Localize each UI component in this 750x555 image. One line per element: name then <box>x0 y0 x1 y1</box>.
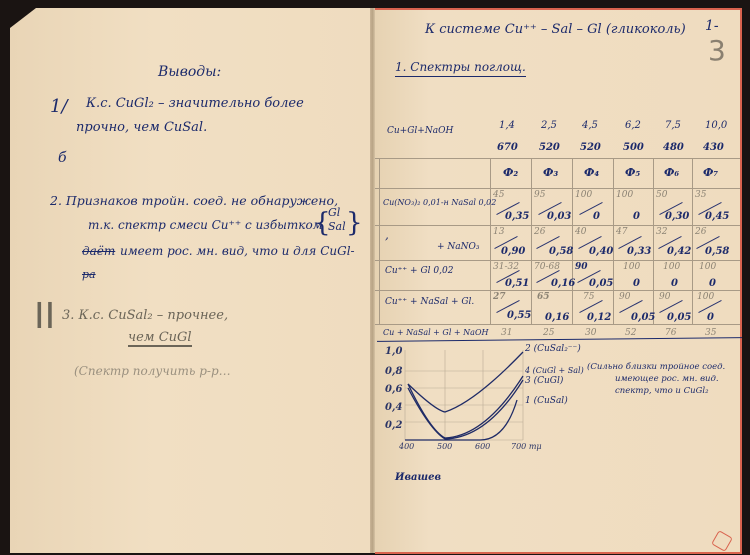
column-header: Ф₅ <box>625 166 640 179</box>
cell-transmission: 100 <box>616 190 633 200</box>
x-tick: 500 <box>437 442 452 451</box>
cell-density: 0 <box>707 312 714 323</box>
item2-line4: ра <box>82 268 96 281</box>
cell-density: 0,51 <box>505 278 529 289</box>
table-rule <box>613 158 614 324</box>
table-rule <box>375 225 740 226</box>
conclusions-heading: Выводы: <box>158 64 221 80</box>
table-rule <box>653 158 654 324</box>
cell-transmission: 47 <box>616 227 627 237</box>
wavelength: 480 <box>663 142 684 153</box>
wavelength: 670 <box>497 142 518 153</box>
cell-density: 0,16 <box>545 312 569 323</box>
table-rule <box>572 158 573 324</box>
page-title: К системе Cu⁺⁺ – Sal – Gl (гликоколь) <box>425 22 686 37</box>
cell-transmission: 31-32 <box>493 262 519 272</box>
table-rule <box>490 158 491 324</box>
cell-transmission: 100 <box>697 292 714 302</box>
cell-density: 0,05 <box>667 312 691 323</box>
table-rule <box>375 158 740 159</box>
cell-density: 0,30 <box>665 211 689 222</box>
cell-transmission: 75 <box>583 292 594 302</box>
y-tick: 0,4 <box>385 402 402 413</box>
cell-transmission: 40 <box>575 227 586 237</box>
cell-density: 0,05 <box>631 312 655 323</box>
cell-transmission: 45 <box>493 190 504 200</box>
ph-value: 4,5 <box>582 120 598 131</box>
table-rule <box>375 188 740 189</box>
ph-value: 2,5 <box>541 120 557 131</box>
cell-transmission: 26 <box>695 227 706 237</box>
cell-transmission: 27 <box>493 292 506 302</box>
graph-note-line2: имеющее рос. мн. вид. <box>615 374 719 384</box>
y-tick: 1,0 <box>385 346 402 357</box>
cell-density: 0,40 <box>589 246 613 257</box>
column-header: Ф₂ <box>503 166 518 179</box>
cell-transmission: 90 <box>575 262 588 272</box>
cell-density: 0,35 <box>505 211 529 222</box>
pencil-note: (Спектр получить р-р… <box>74 364 231 378</box>
cell-transmission: 100 <box>699 262 716 272</box>
ph-value: 10,0 <box>705 120 727 131</box>
table-rule <box>375 290 740 291</box>
column-header: Ф₇ <box>703 166 718 179</box>
footer-row-label: Cu + NaSal + Gl + NaOH <box>383 328 488 337</box>
cell-density: 0,12 <box>587 312 611 323</box>
cell-density: 0,55 <box>507 310 531 321</box>
table-rule <box>379 158 380 324</box>
legend-curve-3: 3 (CuGl) <box>525 376 563 386</box>
ph-value: 7,5 <box>665 120 681 131</box>
header-row-label: Cu+Gl+NaOH <box>387 126 453 136</box>
cell-transmission: 100 <box>575 190 592 200</box>
cell-transmission: 90 <box>659 292 670 302</box>
row-label: Cu⁺⁺ + NaSal + Gl. <box>385 297 474 307</box>
footer-value: 30 <box>585 328 596 338</box>
cell-density: 0,42 <box>667 246 691 257</box>
graph-note-line3: спектр, что и CuGl₂ <box>615 386 708 396</box>
signature: Ивашев <box>395 472 441 483</box>
left-notebook-page: Выводы: 1/ К.с. CuGl₂ – значительно боле… <box>10 8 372 553</box>
item3-line2: чем CuGl <box>128 330 192 347</box>
cell-transmission: 100 <box>663 262 680 272</box>
row-label: Cu(NO₃)₂ 0,01-н NaSal 0,02 <box>383 198 496 207</box>
cell-density: 0,45 <box>705 211 729 222</box>
item-b-marker: б <box>58 150 67 166</box>
page-number-pencil: 3 <box>708 34 726 67</box>
wavelength: 430 <box>703 142 724 153</box>
footer-value: 52 <box>625 328 636 338</box>
footer-value: 25 <box>543 328 554 338</box>
item2-line3: имеет рос. мн. вид, что и для CuGl- <box>120 244 355 258</box>
cell-transmission: 90 <box>619 292 630 302</box>
wavelength: 520 <box>580 142 601 153</box>
cell-density: 0,58 <box>549 246 573 257</box>
cell-density: 0 <box>633 278 640 289</box>
cell-density: 0 <box>633 211 640 222</box>
right-notebook-page: К системе Cu⁺⁺ – Sal – Gl (гликоколь) 1-… <box>375 8 742 554</box>
legend-curve-2: 2 (CuSal₂⁻⁻) <box>525 344 581 354</box>
cell-transmission: 35 <box>695 190 706 200</box>
brace-bottom: Sal <box>328 220 346 233</box>
margin-roman-two: II <box>34 296 55 337</box>
footer-value: 76 <box>665 328 676 338</box>
item1-marker: 1/ <box>50 96 68 117</box>
graph-note-line1: (Сильно близки тройное соед. <box>587 362 725 372</box>
y-tick: 0,2 <box>385 420 402 431</box>
cell-density: 0,90 <box>501 246 525 257</box>
row-label: + NaNO₃ <box>437 242 480 252</box>
table-rule <box>531 158 532 324</box>
item1-line1: К.с. CuGl₂ – значительно более <box>86 96 304 111</box>
column-header: Ф₆ <box>664 166 679 179</box>
table-rule <box>375 260 740 261</box>
ph-value: 1,4 <box>499 120 515 131</box>
cell-transmission: 13 <box>493 227 504 237</box>
row-label: Cu⁺⁺ + Gl 0,02 <box>385 266 453 276</box>
item2-line1: 2. Признаков тройн. соед. не обнаружено, <box>50 193 338 208</box>
cell-transmission: 100 <box>623 262 640 272</box>
cell-density: 0,58 <box>705 246 729 257</box>
ph-value: 6,2 <box>625 120 641 131</box>
item3-line1: 3. К.с. CuSal₂ – прочнее, <box>62 308 228 323</box>
section-title: 1. Спектры поглощ. <box>395 60 526 77</box>
item2-line2: т.к. спектр смеси Cu⁺⁺ с избытком <box>88 218 323 232</box>
y-tick: 0,8 <box>385 366 402 377</box>
cell-transmission: 65 <box>537 292 550 302</box>
column-header: Ф₃ <box>543 166 558 179</box>
cell-density: 0 <box>709 278 716 289</box>
cell-density: 0,03 <box>547 211 571 222</box>
table-rule <box>692 158 693 324</box>
cell-density: 0,16 <box>551 278 575 289</box>
footer-value: 31 <box>501 328 512 338</box>
struck-word: даёт <box>82 244 115 258</box>
y-tick: 0,6 <box>385 384 402 395</box>
cell-transmission: 26 <box>534 227 545 237</box>
x-tick: 600 <box>475 442 490 451</box>
cell-transmission: 50 <box>656 190 667 200</box>
row-ditto-mark: , <box>385 228 389 242</box>
column-header: Ф₄ <box>584 166 599 179</box>
cell-transmission: 95 <box>534 190 545 200</box>
cell-density: 0 <box>593 211 600 222</box>
wavelength: 520 <box>539 142 560 153</box>
x-tick: 700 mμ <box>511 442 542 451</box>
cell-transmission: 32 <box>656 227 667 237</box>
legend-curve-1: 1 (CuSal) <box>525 396 568 406</box>
item1-line2: прочно, чем CuSal. <box>76 120 207 135</box>
page-corner-mark <box>711 530 733 552</box>
wavelength: 500 <box>623 142 644 153</box>
legend-curve-4: 4 (CuGl + Sal) <box>525 366 584 375</box>
brace-right: } <box>346 208 363 238</box>
page-number-ink: 1- <box>705 18 719 34</box>
x-tick: 400 <box>399 442 414 451</box>
brace-top: Gl <box>328 206 340 219</box>
cell-density: 0,05 <box>589 278 613 289</box>
table-rule <box>375 324 740 325</box>
cell-density: 0,33 <box>627 246 651 257</box>
cell-density: 0 <box>671 278 678 289</box>
